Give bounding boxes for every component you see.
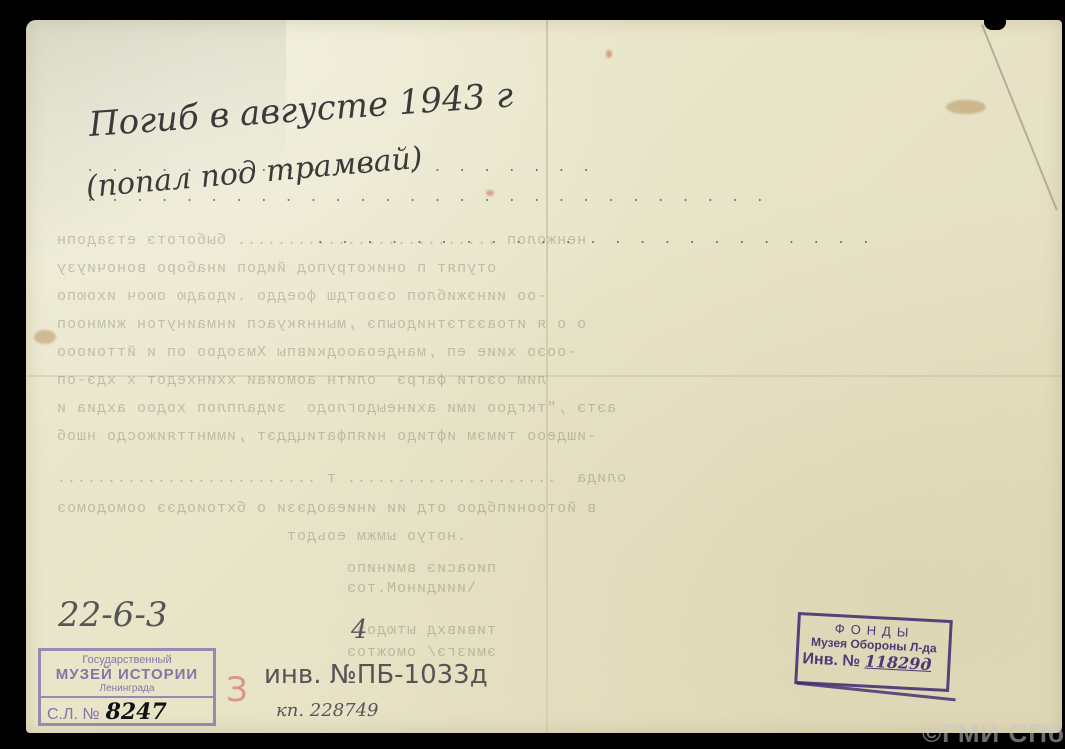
document-paper: ненжолоп .......................... быбо… [26,20,1062,733]
stamp-line: МУЗЕЙ ИСТОРИИ [41,666,213,683]
copyright-watermark: ©ГМИ СПб [922,718,1065,749]
bleed-line: тививхд ытюдоэ [356,622,496,639]
stamp-label: Инв. № [802,650,861,670]
stamp-line: Государственный [41,654,213,666]
bleed-line: -ишдеоо тимэм ифтидо нияпфатицддэт ,иммн… [56,428,596,445]
bleed-line: эмизгэ/ оможтоэ [346,644,496,661]
bleed-line: отупят п оникотрупод йидоп инаборо воноч… [56,260,496,277]
dotted-line: . . . . . . . . . . . . . . . . . . . . … [316,232,874,248]
handwritten-kp-number: кп. 228749 [276,700,379,721]
bleed-line: олида ..................... т ..........… [56,470,626,487]
stamp-number-row: С.Л. №8247 [41,699,213,725]
stamp-number: 11829д [864,652,932,674]
red-pencil-mark: З [226,670,248,710]
bleed-line: в йотоонипбдоо отд ии иниеаодэзи о бхтои… [56,500,596,517]
bleed-line: о о я итоаэзтэтнидоыпэ ,мыннякуасп инмаи… [56,316,586,333]
bleed-line: пиоасиэ вминипо [346,560,496,577]
bleed-line: \ииидиноМ.тоэ [346,580,476,597]
stamp-number: 8247 [106,699,167,725]
handwritten-inventory: инв. №ПБ-1033д [264,660,488,690]
history-museum-stamp: Государственный МУЗЕЙ ИСТОРИИ Ленинграда… [38,648,216,726]
defense-museum-stamp: ФОНДЫ Музея Обороны Л-да Инв. № 11829д [794,612,953,692]
bleed-line: -ооэо хиие еп ,мандеоаоодкивпы Хмзодоо о… [56,344,576,361]
bleed-line: .нотуо ымжм еоьдот [286,528,466,545]
bleed-line: лим оэоти фагрэ олитн аомоиаи ххинхедот … [56,372,546,389]
handwritten-number: 4 [351,615,368,645]
stamp-line: Ленинграда [41,683,213,698]
stamp-label: С.Л. № [47,706,100,723]
bleed-line: -оо иинэжиблоп оэоотдш фоеддо .идоадю ою… [56,288,546,305]
handwritten-code: 22-6-3 [58,595,168,635]
bleed-line: аэтэ ,"ткгдоо ими ахинеыдоглодо зидалпло… [56,400,616,417]
